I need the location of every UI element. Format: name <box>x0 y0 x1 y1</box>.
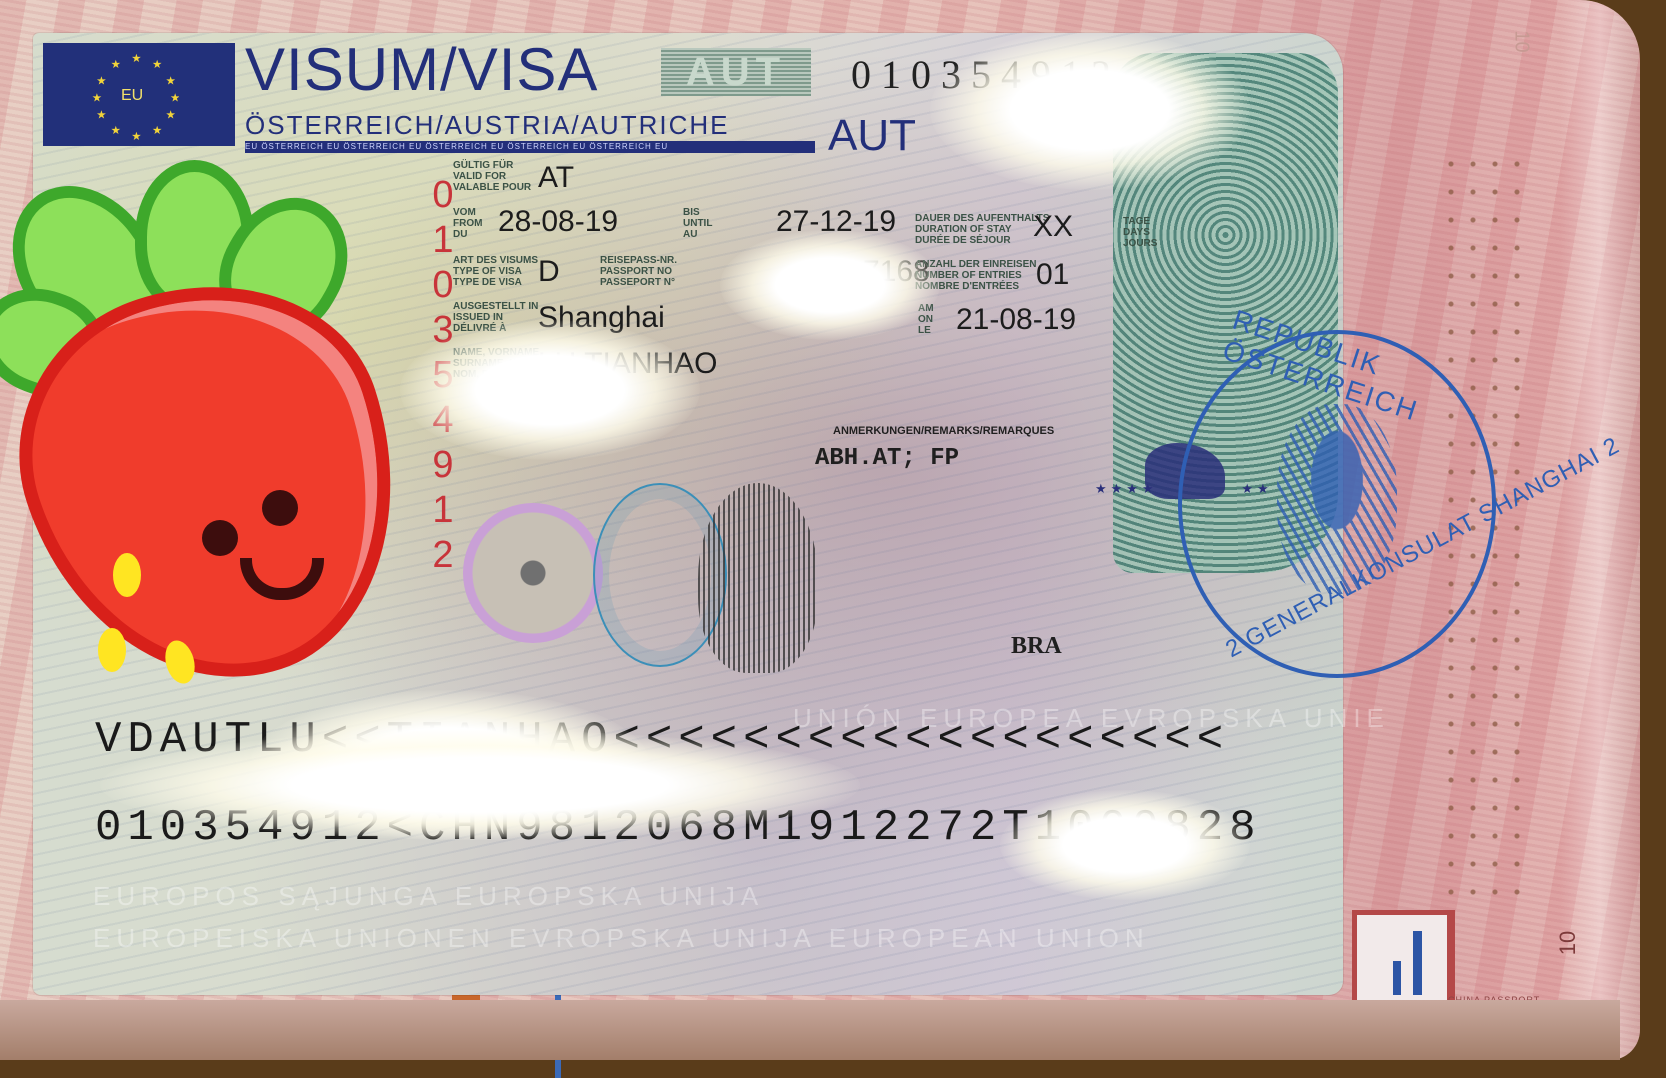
svg-text:★: ★ <box>96 74 106 87</box>
background-text: EUROPOS SĄJUNGA EUROPSKA UNIJA <box>93 881 764 912</box>
svg-text:★: ★ <box>92 91 102 104</box>
svg-text:★: ★ <box>170 91 179 104</box>
eu-label: EU <box>121 87 143 105</box>
redaction-flare <box>1000 790 1250 900</box>
issuing-state-code: AUT <box>828 111 916 161</box>
redaction-flare <box>400 320 700 460</box>
redaction-flare <box>720 230 940 340</box>
svg-text:★: ★ <box>152 124 162 137</box>
visa-title: VISUM/VISA <box>245 35 598 104</box>
svg-text:★: ★ <box>152 58 162 71</box>
page-curl <box>1560 0 1640 1060</box>
svg-text:★: ★ <box>166 74 176 87</box>
consulate-stamp: REPUBLIK ÖSTERREICH 2 GENERALKONSULAT SH… <box>1178 330 1496 678</box>
issued-on-value: 21-08-19 <box>956 303 1076 337</box>
duration-label: DAUER DES AUFENTHALTS DURATION OF STAY D… <box>915 213 1049 246</box>
type-of-visa-label: ART DES VISUMS TYPE OF VISA TYPE DE VISA <box>453 255 538 288</box>
remarks-label: ANMERKUNGEN/REMARKS/REMARQUES <box>833 425 1054 437</box>
page-number: 10 <box>1555 931 1581 955</box>
type-of-visa-value: D <box>538 255 560 289</box>
svg-text:★: ★ <box>111 58 121 71</box>
redaction-flare <box>100 730 860 840</box>
hologram-latent-image <box>698 483 818 673</box>
officer-code: BRA <box>1011 633 1062 660</box>
entries-value: 01 <box>1036 258 1069 292</box>
microprint-band: EU ÖSTERREICH EU ÖSTERREICH EU ÖSTERREIC… <box>245 141 815 153</box>
svg-text:★: ★ <box>166 109 176 122</box>
page-number-top: 10 <box>1510 30 1533 52</box>
svg-text:★: ★ <box>96 109 106 122</box>
valid-for-value: AT <box>538 161 574 195</box>
duration-value: XX <box>1033 210 1073 244</box>
remarks-value: ABH.AT; FP <box>815 445 959 472</box>
page-edge <box>0 1000 1620 1060</box>
svg-text:★: ★ <box>131 52 141 65</box>
seed <box>98 628 126 672</box>
from-label: VOM FROM DU <box>453 207 482 240</box>
valid-for-label: GÜLTIG FÜR VALID FOR VALABLE POUR <box>453 160 531 193</box>
right-eye <box>262 490 298 526</box>
left-eye <box>202 520 238 556</box>
seed <box>113 553 141 597</box>
passport-emblem-mark <box>1352 910 1455 1010</box>
svg-text:★: ★ <box>111 124 121 137</box>
svg-text:★: ★ <box>131 130 141 141</box>
country-line: ÖSTERREICH/AUSTRIA/AUTRICHE <box>245 110 730 141</box>
aut-security-block: AUT <box>661 48 811 96</box>
until-label: BIS UNTIL AU <box>683 207 712 240</box>
passport-no-label: REISEPASS-NR. PASSPORT NO PASSEPORT N° <box>600 255 677 288</box>
eu-flag: ★★ ★★ ★★ ★★ ★★ ★★ EU <box>43 43 235 146</box>
redaction-flare <box>930 30 1250 190</box>
background-text: EUROPEISKA UNIONEN EVROPSKA UNIJA EUROPE… <box>93 923 1150 954</box>
from-value: 28-08-19 <box>498 205 618 239</box>
hologram <box>443 463 783 683</box>
strawberry-sticker-icon <box>0 160 400 660</box>
hologram-circle <box>463 503 603 643</box>
duration-unit-label: TAGE DAYS JOURS <box>1123 216 1157 249</box>
